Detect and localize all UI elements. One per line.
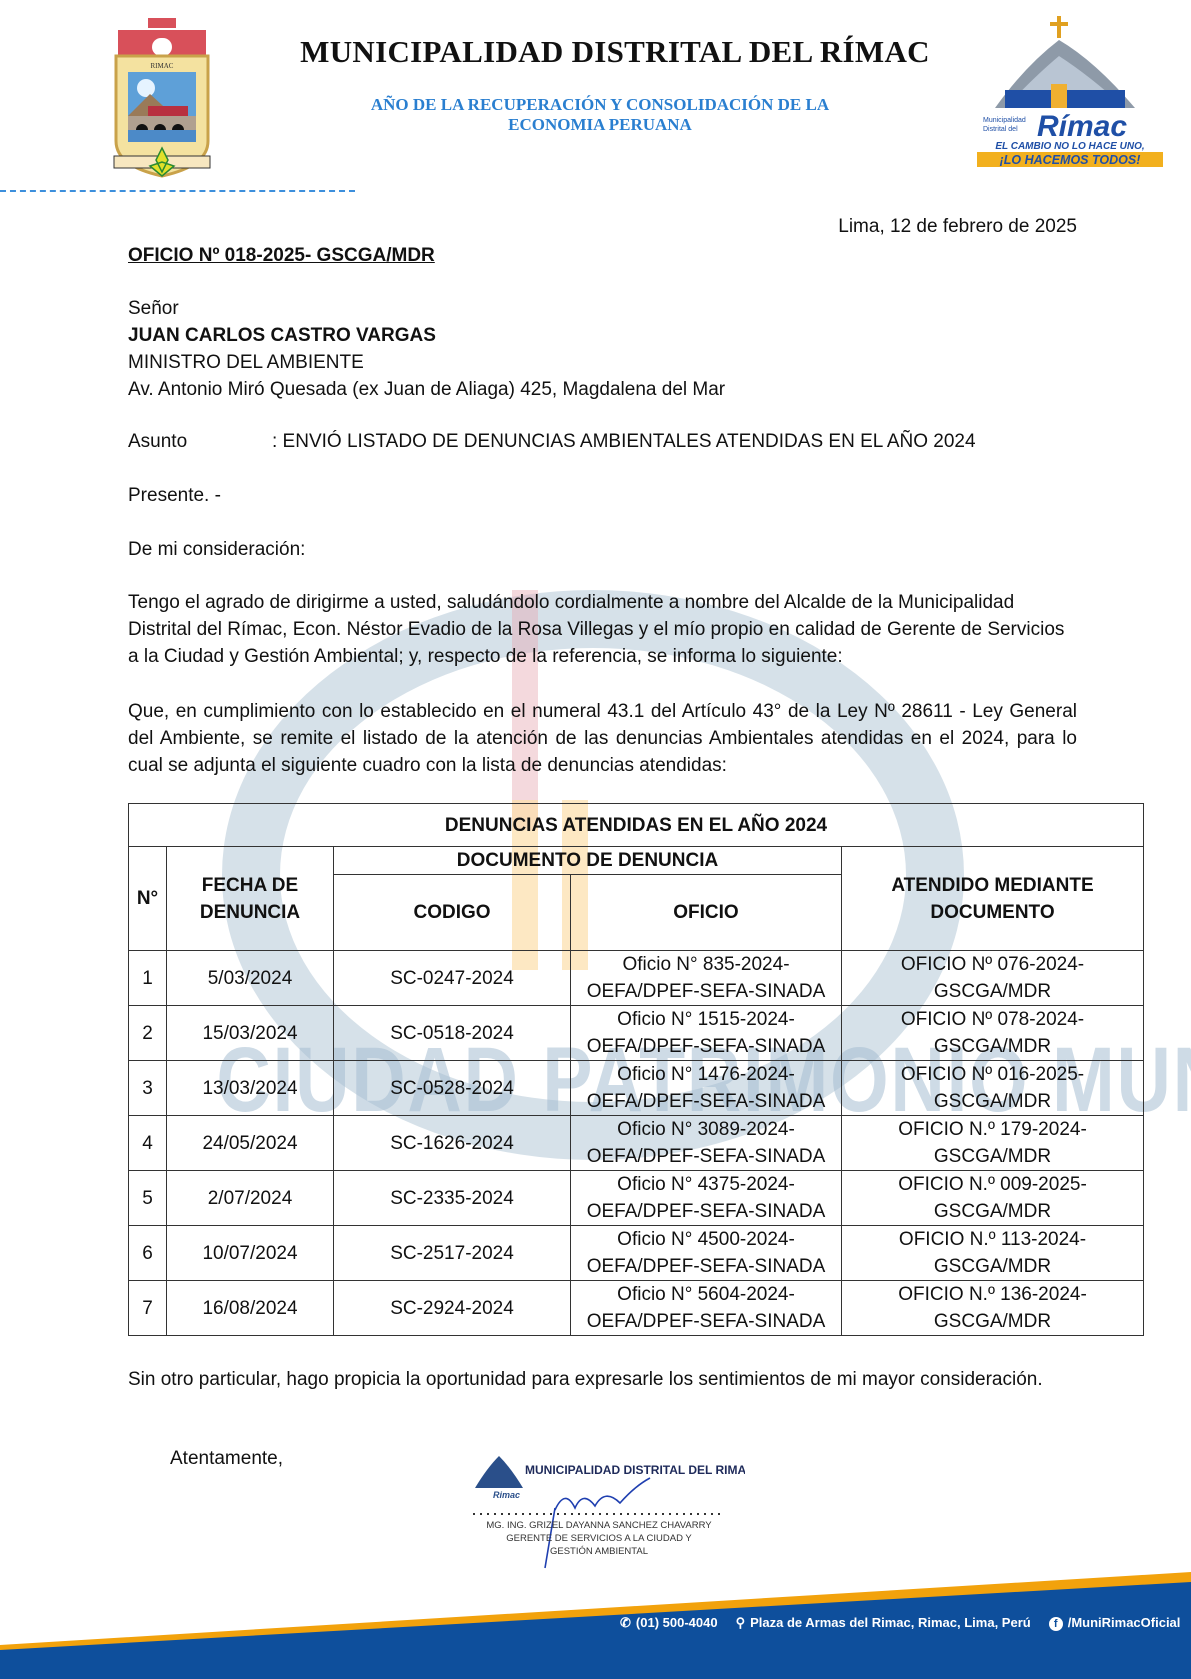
complaints-table: DENUNCIAS ATENDIDAS EN EL AÑO 2024 N° FE…: [128, 803, 1144, 1336]
svg-text:Municipalidad: Municipalidad: [983, 117, 1026, 124]
cell-oficio: Oficio N° 835-2024-OEFA/DPEF-SEFA-SINADA: [571, 951, 842, 1006]
year-motto: AÑO DE LA RECUPERACIÓN Y CONSOLIDACIÓN D…: [330, 95, 870, 135]
cell-n: 6: [129, 1226, 167, 1281]
facebook-icon: f: [1049, 1617, 1063, 1631]
presente: Presente. -: [128, 482, 221, 509]
footer-phone[interactable]: ✆(01) 500-4040: [620, 1615, 718, 1631]
cell-atendido: OFICIO N.º 136-2024-GSCGA/MDR: [842, 1281, 1144, 1336]
cell-n: 2: [129, 1006, 167, 1061]
cell-atendido-line: OFICIO N.º 009-2025-: [846, 1171, 1139, 1198]
cell-oficio-line: Oficio N° 4375-2024-: [575, 1171, 837, 1198]
svg-text:EL CAMBIO NO LO HACE UNO,: EL CAMBIO NO LO HACE UNO,: [995, 141, 1144, 152]
table-row: 716/08/2024SC-2924-2024Oficio N° 5604-20…: [129, 1281, 1144, 1336]
cell-atendido: OFICIO N.º 009-2025-GSCGA/MDR: [842, 1171, 1144, 1226]
cell-atendido: OFICIO Nº 076-2024-GSCGA/MDR: [842, 951, 1144, 1006]
cell-atendido: OFICIO Nº 016-2025-GSCGA/MDR: [842, 1061, 1144, 1116]
cell-oficio-line: Oficio N° 5604-2024-: [575, 1281, 837, 1308]
signature-stamp: Rimac MUNICIPALIDAD DISTRITAL DEL RIMAC …: [465, 1448, 745, 1573]
col-codigo: CODIGO: [334, 875, 571, 951]
cell-fecha: 5/03/2024: [167, 951, 334, 1006]
col-atendido: ATENDIDO MEDIANTE DOCUMENTO: [842, 847, 1144, 951]
cell-atendido-line: OFICIO Nº 078-2024-: [846, 1006, 1139, 1033]
cell-oficio: Oficio N° 1515-2024-OEFA/DPEF-SEFA-SINAD…: [571, 1006, 842, 1061]
cell-atendido-line: GSCGA/MDR: [846, 1198, 1139, 1225]
cell-fecha: 16/08/2024: [167, 1281, 334, 1336]
cell-atendido-line: GSCGA/MDR: [846, 1033, 1139, 1060]
salutation: Señor: [128, 295, 725, 322]
cell-oficio: Oficio N° 5604-2024-OEFA/DPEF-SEFA-SINAD…: [571, 1281, 842, 1336]
footer-contact: ✆(01) 500-4040 ⚲Plaza de Armas del Rimac…: [620, 1615, 1180, 1631]
col-n: N°: [129, 847, 167, 951]
col-oficio: OFICIO: [571, 875, 842, 951]
cell-atendido-line: GSCGA/MDR: [846, 1143, 1139, 1170]
recipient-title: MINISTRO DEL AMBIENTE: [128, 349, 725, 376]
cell-oficio: Oficio N° 1476-2024-OEFA/DPEF-SEFA-SINAD…: [571, 1061, 842, 1116]
cell-fecha: 13/03/2024: [167, 1061, 334, 1116]
cell-oficio-line: Oficio N° 1515-2024-: [575, 1006, 837, 1033]
phone-text: (01) 500-4040: [636, 1615, 718, 1630]
closing-paragraph: Sin otro particular, hago propicia la op…: [128, 1366, 1077, 1393]
svg-text:MG. ING. GRIZEL DAYANNA SANCHE: MG. ING. GRIZEL DAYANNA SANCHEZ CHAVARRY: [486, 1520, 712, 1531]
cell-n: 7: [129, 1281, 167, 1336]
paragraph-intro: Tengo el agrado de dirigirme a usted, sa…: [128, 589, 1077, 670]
cell-atendido-line: OFICIO Nº 016-2025-: [846, 1061, 1139, 1088]
svg-text:GESTIÓN AMBIENTAL: GESTIÓN AMBIENTAL: [550, 1546, 648, 1557]
cell-atendido: OFICIO N.º 179-2024-GSCGA/MDR: [842, 1116, 1144, 1171]
cell-oficio-line: Oficio N° 1476-2024-: [575, 1061, 837, 1088]
institution-title: MUNICIPALIDAD DISTRITAL DEL RÍMAC: [230, 34, 1000, 70]
cell-n: 5: [129, 1171, 167, 1226]
social-text: /MuniRimacOficial: [1068, 1615, 1181, 1630]
cell-atendido-line: OFICIO Nº 076-2024-: [846, 951, 1139, 978]
cell-codigo: SC-2517-2024: [334, 1226, 571, 1281]
letter-date: Lima, 12 de febrero de 2025: [838, 213, 1077, 240]
cell-n: 4: [129, 1116, 167, 1171]
svg-text:Rimac: Rimac: [493, 1490, 520, 1500]
cell-codigo: SC-1626-2024: [334, 1116, 571, 1171]
cell-codigo: SC-0528-2024: [334, 1061, 571, 1116]
svg-text:MUNICIPALIDAD DISTRITAL DEL RI: MUNICIPALIDAD DISTRITAL DEL RIMAC: [525, 1463, 745, 1477]
svg-text:Distrital del: Distrital del: [983, 126, 1018, 133]
cell-fecha: 24/05/2024: [167, 1116, 334, 1171]
cell-atendido-line: OFICIO N.º 136-2024-: [846, 1281, 1139, 1308]
cell-oficio-line: OEFA/DPEF-SEFA-SINADA: [575, 1308, 837, 1335]
cell-oficio-line: OEFA/DPEF-SEFA-SINADA: [575, 1033, 837, 1060]
year-motto-line: ECONOMIA PERUANA: [330, 115, 870, 135]
cell-oficio: Oficio N° 3089-2024-OEFA/DPEF-SEFA-SINAD…: [571, 1116, 842, 1171]
cell-codigo: SC-0518-2024: [334, 1006, 571, 1061]
cell-codigo: SC-2335-2024: [334, 1171, 571, 1226]
header-divider: [0, 190, 355, 192]
cell-oficio-line: OEFA/DPEF-SEFA-SINADA: [575, 978, 837, 1005]
recipient-block: Señor JUAN CARLOS CASTRO VARGAS MINISTRO…: [128, 295, 725, 403]
paragraph-law: Que, en cumplimiento con lo establecido …: [128, 698, 1077, 779]
cell-atendido-line: GSCGA/MDR: [846, 1088, 1139, 1115]
table-row: 610/07/2024SC-2517-2024Oficio N° 4500-20…: [129, 1226, 1144, 1281]
cell-atendido-line: OFICIO N.º 179-2024-: [846, 1116, 1139, 1143]
greeting: De mi consideración:: [128, 536, 305, 563]
table-row: 15/03/2024SC-0247-2024Oficio N° 835-2024…: [129, 951, 1144, 1006]
address-text: Plaza de Armas del Rimac, Rimac, Lima, P…: [750, 1615, 1031, 1630]
cell-oficio-line: Oficio N° 3089-2024-: [575, 1116, 837, 1143]
col-fecha: FECHA DE DENUNCIA: [167, 847, 334, 951]
map-pin-icon: ⚲: [736, 1615, 746, 1631]
footer-address: ⚲Plaza de Armas del Rimac, Rimac, Lima, …: [736, 1615, 1031, 1631]
svg-text:GERENTE DE SERVICIOS A LA CIUD: GERENTE DE SERVICIOS A LA CIUDAD Y: [506, 1533, 692, 1544]
letter-reference: OFICIO Nº 018-2025- GSCGA/MDR: [128, 242, 435, 269]
table-row: 52/07/2024SC-2335-2024Oficio N° 4375-202…: [129, 1171, 1144, 1226]
cell-oficio-line: Oficio N° 4500-2024-: [575, 1226, 837, 1253]
col-documento: DOCUMENTO DE DENUNCIA: [334, 847, 842, 875]
footer-social[interactable]: f/MuniRimacOficial: [1049, 1615, 1181, 1631]
cell-fecha: 15/03/2024: [167, 1006, 334, 1061]
table-title: DENUNCIAS ATENDIDAS EN EL AÑO 2024: [129, 804, 1144, 847]
cell-codigo: SC-2924-2024: [334, 1281, 571, 1336]
municipal-crest-logo: RIMAC: [110, 16, 214, 188]
cell-oficio: Oficio N° 4375-2024-OEFA/DPEF-SEFA-SINAD…: [571, 1171, 842, 1226]
cell-atendido-line: GSCGA/MDR: [846, 978, 1139, 1005]
cell-oficio-line: OEFA/DPEF-SEFA-SINADA: [575, 1088, 837, 1115]
cell-oficio-line: Oficio N° 835-2024-: [575, 951, 837, 978]
cell-atendido-line: OFICIO N.º 113-2024-: [846, 1226, 1139, 1253]
table-row: 313/03/2024SC-0528-2024Oficio N° 1476-20…: [129, 1061, 1144, 1116]
sign-off: Atentamente,: [170, 1445, 283, 1472]
cell-oficio: Oficio N° 4500-2024-OEFA/DPEF-SEFA-SINAD…: [571, 1226, 842, 1281]
cell-n: 3: [129, 1061, 167, 1116]
cell-n: 1: [129, 951, 167, 1006]
subject-text: : ENVIÓ LISTADO DE DENUNCIAS AMBIENTALES…: [272, 428, 976, 455]
svg-text:RIMAC: RIMAC: [151, 62, 174, 70]
cell-oficio-line: OEFA/DPEF-SEFA-SINADA: [575, 1198, 837, 1225]
phone-icon: ✆: [620, 1615, 631, 1631]
table-row: 424/05/2024SC-1626-2024Oficio N° 3089-20…: [129, 1116, 1144, 1171]
rimac-brand-logo: Municipalidad Distrital del Rímac EL CAM…: [975, 16, 1165, 168]
svg-text:Rímac: Rímac: [1037, 110, 1127, 143]
cell-atendido-line: GSCGA/MDR: [846, 1253, 1139, 1280]
subject-label: Asunto: [128, 428, 187, 455]
cell-fecha: 2/07/2024: [167, 1171, 334, 1226]
cell-atendido: OFICIO N.º 113-2024-GSCGA/MDR: [842, 1226, 1144, 1281]
cell-oficio-line: OEFA/DPEF-SEFA-SINADA: [575, 1143, 837, 1170]
cell-atendido-line: GSCGA/MDR: [846, 1308, 1139, 1335]
cell-oficio-line: OEFA/DPEF-SEFA-SINADA: [575, 1253, 837, 1280]
recipient-name: JUAN CARLOS CASTRO VARGAS: [128, 322, 725, 349]
cell-atendido: OFICIO Nº 078-2024-GSCGA/MDR: [842, 1006, 1144, 1061]
table-row: 215/03/2024SC-0518-2024Oficio N° 1515-20…: [129, 1006, 1144, 1061]
cell-fecha: 10/07/2024: [167, 1226, 334, 1281]
year-motto-line: AÑO DE LA RECUPERACIÓN Y CONSOLIDACIÓN D…: [330, 95, 870, 115]
recipient-address: Av. Antonio Miró Quesada (ex Juan de Ali…: [128, 376, 725, 403]
svg-text:¡LO HACEMOS TODOS!: ¡LO HACEMOS TODOS!: [1000, 153, 1141, 167]
cell-codigo: SC-0247-2024: [334, 951, 571, 1006]
